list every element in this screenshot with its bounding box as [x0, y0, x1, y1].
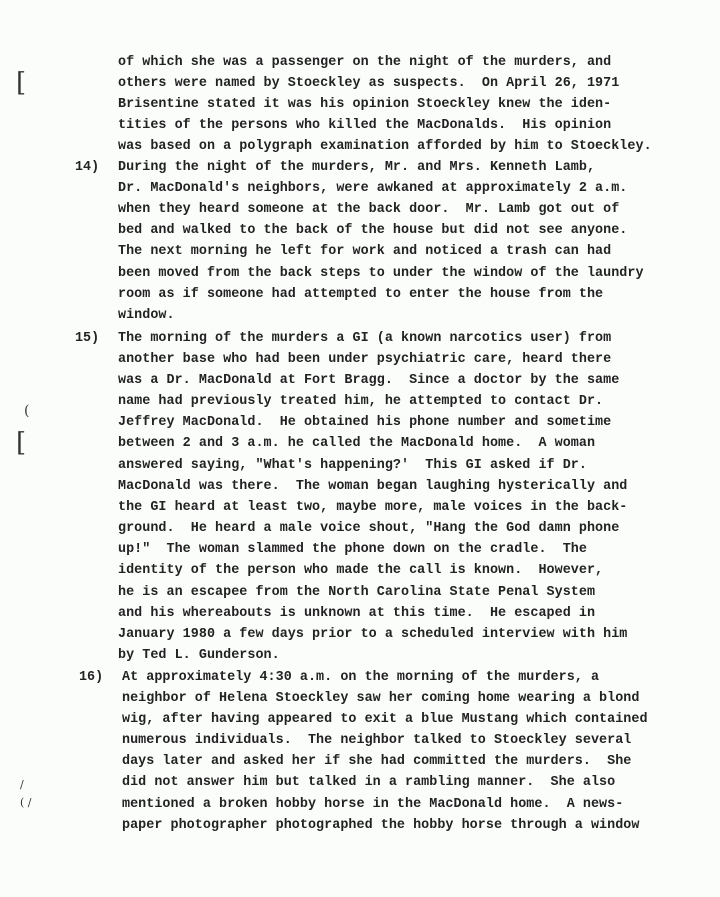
text-line: he is an escapee from the North Carolina… — [118, 582, 595, 603]
text-line: paper photographer photographed the hobb… — [122, 815, 639, 836]
text-line: The next morning he left for work and no… — [118, 241, 611, 262]
text-line: others were named by Stoeckley as suspec… — [118, 73, 619, 94]
text-line: Dr. MacDonald's neighbors, were awkaned … — [118, 178, 627, 199]
text-line: bed and walked to the back of the house … — [118, 220, 627, 241]
text-line: room as if someone had attempted to ente… — [118, 284, 603, 305]
text-line: wig, after having appeared to exit a blu… — [122, 709, 648, 730]
text-line: January 1980 a few days prior to a sched… — [118, 624, 627, 645]
margin-paren-mark: ( / — [20, 796, 32, 809]
text-line: days later and asked her if she had comm… — [122, 751, 631, 772]
text-line: identity of the person who made the call… — [118, 560, 603, 581]
margin-bracket-mark: [ — [16, 68, 26, 98]
text-line: did not answer him but talked in a rambl… — [122, 772, 615, 793]
margin-paren-mark: ( — [24, 403, 29, 419]
text-line: Jeffrey MacDonald. He obtained his phone… — [118, 412, 611, 433]
item-number: 14) — [75, 157, 99, 178]
document-page: [ ( [ / ( / of which she was a passenger… — [0, 0, 720, 897]
text-line: During the night of the murders, Mr. and… — [118, 157, 595, 178]
text-line: by Ted L. Gunderson. — [118, 645, 280, 666]
text-line: name had previously treated him, he atte… — [118, 391, 603, 412]
text-line: tities of the persons who killed the Mac… — [118, 115, 611, 136]
text-line: The morning of the murders a GI (a known… — [118, 328, 611, 349]
text-line: been moved from the back steps to under … — [118, 263, 644, 284]
text-line: neighbor of Helena Stoeckley saw her com… — [122, 688, 639, 709]
margin-bracket-mark: [ — [16, 428, 26, 458]
text-line: mentioned a broken hobby horse in the Ma… — [122, 794, 623, 815]
text-line: Brisentine stated it was his opinion Sto… — [118, 94, 611, 115]
margin-slash-mark: / — [20, 778, 24, 791]
text-line: answered saying, "What's happening?' Thi… — [118, 455, 587, 476]
text-line: and his whereabouts is unknown at this t… — [118, 603, 595, 624]
item-number: 15) — [75, 328, 99, 349]
text-line: At approximately 4:30 a.m. on the mornin… — [122, 667, 599, 688]
text-line: another base who had been under psychiat… — [118, 349, 611, 370]
text-line: the GI heard at least two, maybe more, m… — [118, 497, 627, 518]
text-line: was based on a polygraph examination aff… — [118, 136, 652, 157]
text-line: between 2 and 3 a.m. he called the MacDo… — [118, 433, 595, 454]
text-line: up!" The woman slammed the phone down on… — [118, 539, 587, 560]
text-line: ground. He heard a male voice shout, "Ha… — [118, 518, 619, 539]
text-line: was a Dr. MacDonald at Fort Bragg. Since… — [118, 370, 619, 391]
text-line: of which she was a passenger on the nigh… — [118, 52, 611, 73]
text-line: numerous individuals. The neighbor talke… — [122, 730, 631, 751]
text-line: window. — [118, 305, 175, 326]
text-line: when they heard someone at the back door… — [118, 199, 619, 220]
text-line: MacDonald was there. The woman began lau… — [118, 476, 627, 497]
item-number: 16) — [79, 667, 103, 688]
